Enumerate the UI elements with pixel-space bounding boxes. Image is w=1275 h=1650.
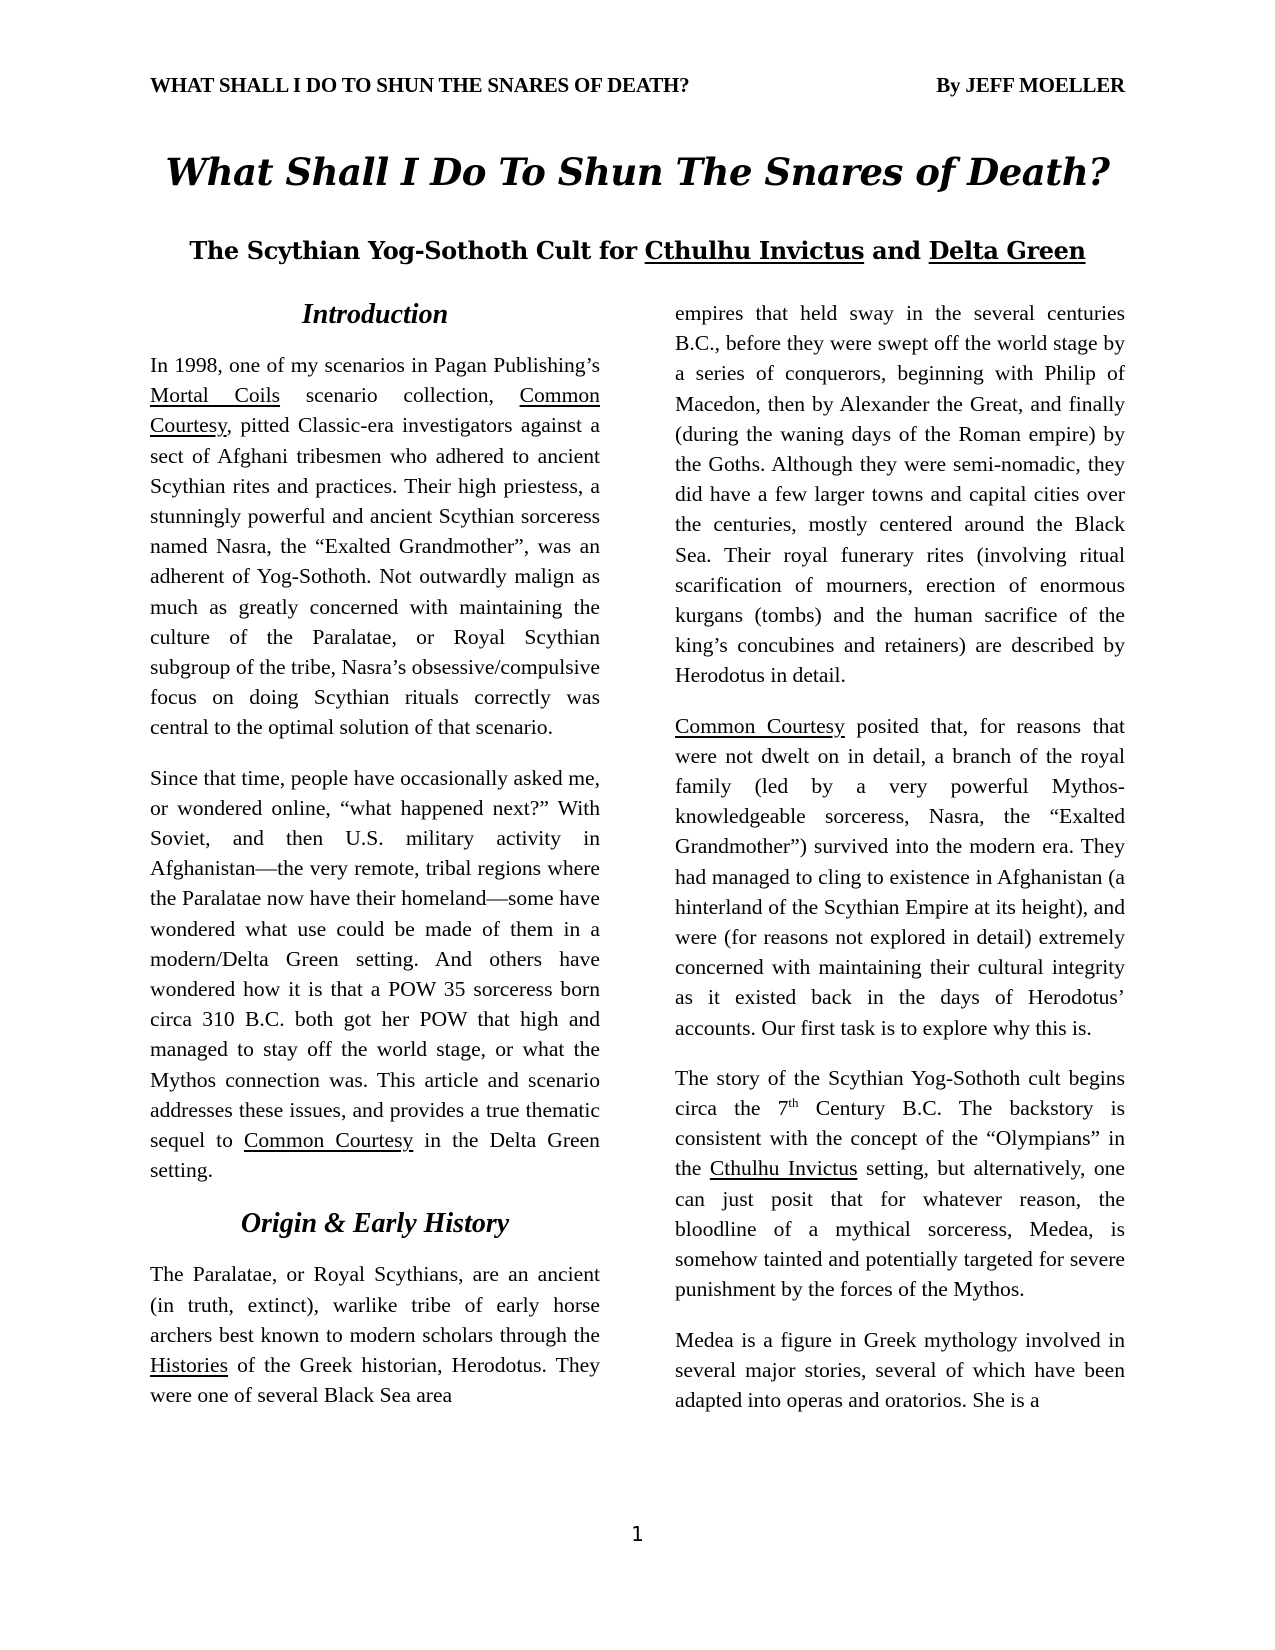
text-run: posited that, for reasons that were not … <box>675 714 1125 1040</box>
title-common-courtesy: Common Courtesy <box>675 714 845 738</box>
text-run: scenario collection, <box>280 383 520 407</box>
text-run: , pitted Classic-era investigators again… <box>150 413 600 739</box>
document-title: What Shall I Do To Shun The Snares of De… <box>0 150 1275 194</box>
text-run: The Paralatae, or Royal Scythians, are a… <box>150 1262 600 1346</box>
right-column: empires that held sway in the several ce… <box>675 298 1125 1435</box>
paragraph-origin-continued: empires that held sway in the several ce… <box>675 298 1125 691</box>
page-number: 1 <box>0 1522 1275 1546</box>
title-histories: Histories <box>150 1353 228 1377</box>
text-run: Since that time, people have occasionall… <box>150 766 600 1152</box>
superscript-th: th <box>788 1095 798 1110</box>
running-header: WHAT SHALL I DO TO SHUN THE SNARES OF DE… <box>150 73 1125 98</box>
paragraph-medea: Medea is a figure in Greek mythology inv… <box>675 1325 1125 1416</box>
subtitle-middle: and <box>864 236 929 265</box>
heading-introduction: Introduction <box>150 298 600 332</box>
document-subtitle: The Scythian Yog-Sothoth Cult for Cthulh… <box>0 236 1275 265</box>
title-mortal-coils: Mortal Coils <box>150 383 280 407</box>
title-cthulhu-invictus: Cthulhu Invictus <box>710 1156 858 1180</box>
left-column: Introduction In 1998, one of my scenario… <box>150 298 600 1431</box>
paragraph-common-courtesy: Common Courtesy posited that, for reason… <box>675 711 1125 1043</box>
heading-origin-early-history: Origin & Early History <box>150 1207 600 1241</box>
paragraph-origin-1: The Paralatae, or Royal Scythians, are a… <box>150 1259 600 1410</box>
paragraph-intro-1: In 1998, one of my scenarios in Pagan Pu… <box>150 350 600 743</box>
running-header-title: WHAT SHALL I DO TO SHUN THE SNARES OF DE… <box>150 73 690 98</box>
paragraph-cult-story: The story of the Scythian Yog-Sothoth cu… <box>675 1063 1125 1305</box>
subtitle-prefix: The Scythian Yog-Sothoth Cult for <box>189 236 644 265</box>
running-header-author: By JEFF MOELLER <box>936 73 1125 98</box>
subtitle-cthulhu-invictus: Cthulhu Invictus <box>645 236 864 265</box>
document-page: WHAT SHALL I DO TO SHUN THE SNARES OF DE… <box>0 0 1275 1650</box>
subtitle-delta-green: Delta Green <box>929 236 1086 265</box>
text-run: In 1998, one of my scenarios in Pagan Pu… <box>150 353 600 377</box>
paragraph-intro-2: Since that time, people have occasionall… <box>150 763 600 1186</box>
title-common-courtesy: Common Courtesy <box>244 1128 413 1152</box>
